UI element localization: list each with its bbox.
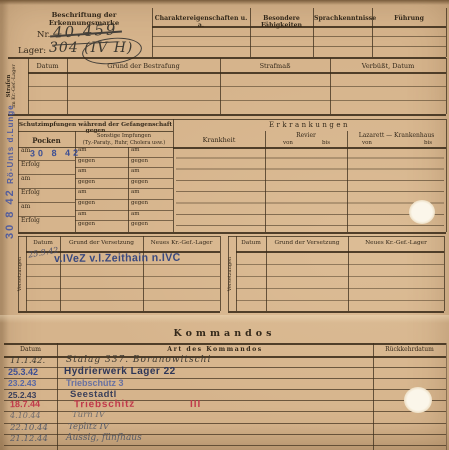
rule-line: [236, 251, 444, 253]
kommando-text: Aussig, fünfhaus: [66, 433, 142, 443]
kommando-date: 25.3.42: [8, 367, 38, 377]
sonstige-row-label: am: [75, 189, 128, 200]
rule-line: [18, 311, 220, 313]
sonstige-row-label: gegen: [75, 200, 128, 211]
rule-line: [18, 131, 173, 132]
pocken-row-label: Erfolg: [18, 217, 75, 230]
lazarett-bis-label: bis: [424, 140, 432, 146]
rule-line: [28, 100, 446, 101]
sonstige-row-label: gegen: [128, 200, 173, 211]
strafen-col-grund: Grund der Bestrafung: [67, 62, 220, 70]
sonstige-row-label: am: [75, 211, 128, 222]
versetzungen-col-lager: Neues Kr.-Gef.-Lager: [143, 240, 220, 246]
revier-von-label: von: [283, 140, 293, 146]
sonstige-row-label: gegen: [75, 221, 128, 231]
rule-line: [26, 276, 220, 277]
lazarett-von-label: von: [362, 140, 372, 146]
rule-line: [18, 232, 446, 234]
pocken-rows: am Erfolg am Erfolg am Erfolg: [18, 147, 75, 230]
col-sprachkenntnisse: Sprachkenntnisse: [314, 15, 371, 22]
impfungen-sonstige-header-line1: Sonstige Impfungen: [75, 133, 173, 139]
rule-line: [26, 288, 220, 289]
rule-line: [236, 264, 444, 265]
rule-line: [228, 236, 444, 237]
erkrankungen-krankheit-header: Krankheit: [173, 136, 265, 144]
rule-line: [18, 236, 220, 237]
pocken-row-label: am: [18, 203, 75, 217]
sonstige-rows-col2: am gegen am gegen am gegen am gegen: [128, 147, 173, 231]
kommando-text: Hydrierwerk Lager 22: [64, 366, 176, 377]
rule-line: [446, 119, 447, 232]
sonstige-row-label: gegen: [75, 158, 128, 169]
rule-line: [446, 58, 447, 114]
sonstige-rows-col1: am gegen am gegen am gegen am gegen: [75, 147, 128, 231]
kommando-text: Triebschitz: [74, 399, 135, 411]
sonstige-row-label: am: [128, 147, 173, 158]
kommandos-col-art: Art des Kommandos: [57, 346, 373, 353]
margin-stamp-date: 30 8 42: [4, 188, 16, 239]
kommando-date: 21.12.44: [10, 434, 48, 444]
impfungen-pocken-header: Pocken: [18, 136, 75, 145]
pocken-row-label: Erfolg: [18, 189, 75, 203]
kommandos-rows: 11.1.42. Stalag 337. Boranowitschi 25.3.…: [4, 357, 446, 447]
kommando-date: 11.1.42.: [10, 356, 45, 366]
sonstige-row-label: am: [128, 211, 173, 222]
lager-label: Lager:: [18, 46, 46, 56]
erkrankungen-lazarett-header: Lazarett — Krankenhaus: [347, 132, 446, 139]
kommando-row: 21.12.44 Aussig, fünfhaus: [4, 435, 446, 446]
rule-line: [8, 114, 446, 116]
strafen-col-datum: Datum: [28, 62, 67, 70]
sonstige-row-label: gegen: [75, 179, 128, 190]
erkrankungen-revier-header: Revier: [265, 132, 347, 139]
revier-bis-label: bis: [322, 140, 330, 146]
sonstige-row-label: gegen: [128, 221, 173, 231]
rule-line: [26, 300, 220, 301]
fold-crease: [0, 315, 449, 323]
sonstige-row-label: gegen: [128, 158, 173, 169]
pocken-row-label: am: [18, 175, 75, 189]
kommando-text: Turn IV: [72, 410, 105, 420]
erkrankungen-title: Erkrankungen: [173, 121, 446, 129]
kommandos-col-rueckkehr: Rückkehrdatum: [373, 346, 446, 353]
hole-punch: [404, 387, 432, 413]
sonstige-row-label: am: [128, 189, 173, 200]
strafen-col-strafmass: Strafmaß: [220, 62, 330, 70]
kommando-text: Teplitz IV: [68, 422, 109, 432]
rule-line: [28, 72, 446, 74]
rule-line: [152, 26, 446, 28]
rule-line: [446, 343, 447, 450]
rule-line: [446, 8, 447, 57]
nr-label: Nr.: [37, 30, 50, 40]
kommando-date: 18.7.44: [10, 399, 40, 410]
rule-line: [236, 300, 444, 301]
rule-line: [236, 288, 444, 289]
rule-line: [220, 236, 221, 311]
col-fuehrung: Führung: [373, 15, 445, 22]
rule-line: [236, 276, 444, 277]
kommando-text-suffix: III: [190, 399, 201, 410]
margin-xray-stamp: 30 8 42 Rö-Unts d.Lunge: [0, 75, 16, 239]
kommandos-title: Kommandos: [0, 328, 449, 339]
rule-line: [152, 36, 446, 37]
pocken-row-label: Erfolg: [18, 161, 75, 175]
kommando-date: 23.2.43: [8, 378, 36, 388]
kommando-text: Triebschütz 3: [66, 378, 124, 388]
sonstige-row-label: am: [75, 147, 128, 158]
hole-punch: [409, 200, 435, 224]
rule-line: [4, 343, 446, 345]
versetzungen-col-lager: Neues Kr.-Gef.-Lager: [348, 240, 444, 246]
sonstige-row-label: gegen: [128, 179, 173, 190]
kommando-row: 25.3.42 Hydrierwerk Lager 22: [4, 368, 446, 379]
versetzung-entry-stamp: v.IVeZ v.l.Zeithain n.IVC: [54, 252, 215, 265]
pocken-date-stamp: 30 8 42: [30, 148, 81, 159]
erkrankungen-ruled-lines: [176, 147, 444, 232]
rule-line: [228, 311, 444, 313]
impfungen-sonstige-header-line2: (Ty.-Paraty., Ruhr, Cholera usw.): [75, 140, 173, 146]
versetzungen-col-grund: Grund der Versetzung: [266, 240, 348, 246]
sonstige-row-label: am: [128, 168, 173, 179]
rule-line: [8, 57, 446, 59]
kommandos-col-datum: Datum: [4, 346, 57, 353]
versetzungen-col-datum: Datum: [236, 240, 266, 246]
rule-line: [18, 119, 446, 120]
rule-line: [152, 46, 446, 47]
kommando-text: Stalag 337. Boranowitschi: [66, 355, 211, 365]
strafen-col-verbuesst: Verbüßt, Datum: [330, 62, 446, 70]
kommando-row: 25.2.43 Seestadtl: [4, 390, 446, 401]
rule-line: [28, 86, 446, 87]
margin-stamp-text: Rö-Unts d.Lunge: [6, 104, 15, 183]
rule-line: [444, 236, 445, 311]
kommando-row: 18.7.44 Triebschitz III: [4, 401, 446, 412]
kommando-date: 4.10.44: [10, 411, 41, 420]
versetzungen-col-grund: Grund der Versetzung: [60, 240, 143, 246]
kommando-date: 22.10.44: [10, 423, 48, 433]
pow-record-card: Beschriftung der Erkennungsmarke Nr. 40.…: [0, 0, 449, 450]
sonstige-row-label: am: [75, 168, 128, 179]
